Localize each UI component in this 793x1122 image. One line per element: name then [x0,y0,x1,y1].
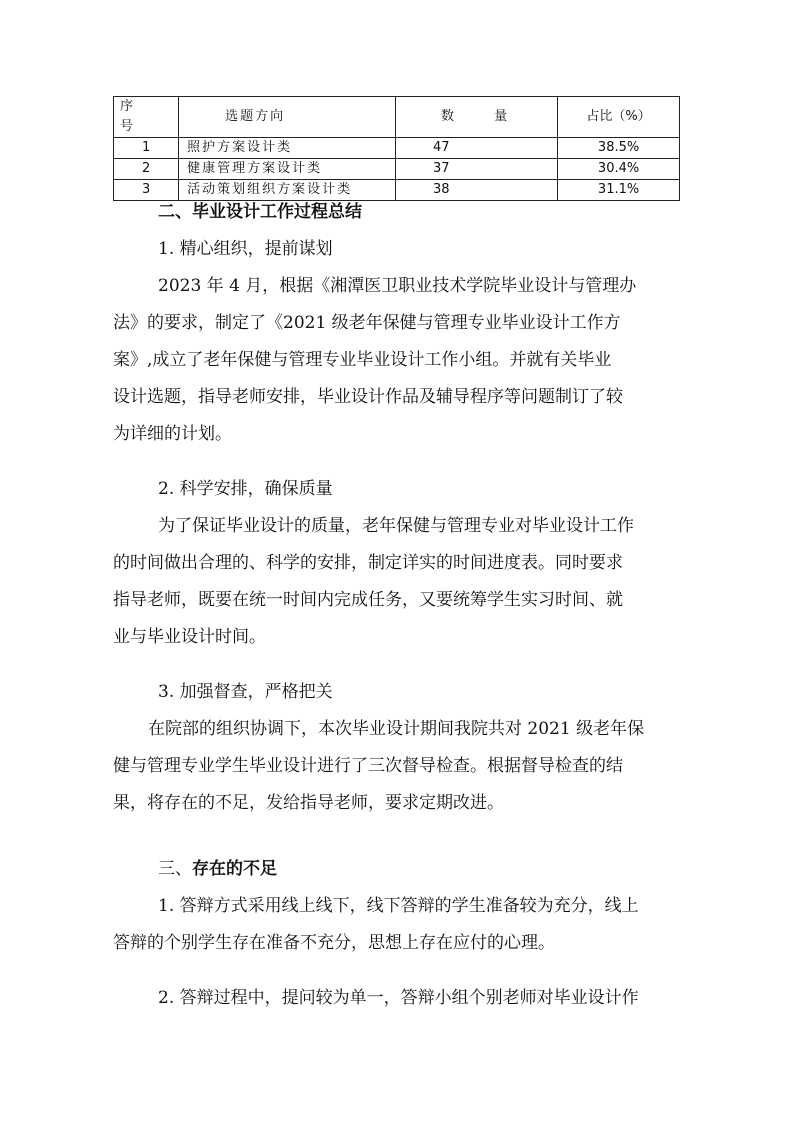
table-row: 1 照护方案设计类 47 38.5% [114,138,680,159]
paragraph-line: 果，将存在的不足，发给指导老师，要求定期改进。 [113,792,504,814]
header-percent: 占比（%） [558,97,680,138]
document-page: 序 号 选题方向 数 量 占比（%） 1 照护方案设计类 47 38.5% 2 … [0,0,793,1122]
section-heading-3-text: 存在的不足 [192,859,277,879]
paragraph-line: 为了保证毕业设计的质量，老年保健与管理专业对毕业设计工作 [158,515,634,537]
paragraph-line: 设计选题，指导老师安排，毕业设计作品及辅导程序等问题制订了较 [113,386,623,408]
paragraph-line: 法》的要求，制定了《2021 级老年保健与管理专业毕业设计工作方 [113,312,621,334]
cell-count: 47 [395,138,557,159]
cell-count: 38 [395,180,557,201]
paragraph-line: 1. 答辩方式采用线上线下，线下答辩的学生准备较为充分，线上 [158,895,639,917]
paragraph-line: 的时间做出合理的、科学的安排，制定详实的时间进度表。同时要求 [113,552,623,574]
subsection-title-3: 3. 加强督查，严格把关 [158,681,333,703]
paragraph-line: 业与毕业设计时间。 [113,626,266,648]
topic-distribution-table: 序 号 选题方向 数 量 占比（%） 1 照护方案设计类 47 38.5% 2 … [113,96,680,201]
cell-no: 3 [114,180,179,201]
table-header-row: 序 号 选题方向 数 量 占比（%） [114,97,680,138]
paragraph-line: 为详细的计划。 [113,423,232,445]
cell-no: 1 [114,138,179,159]
table-row: 3 活动策划组织方案设计类 38 31.1% [114,180,680,201]
paragraph-line: 健与管理专业学生毕业设计进行了三次督导检查。根据督导检查的结 [113,755,623,777]
section-heading-3-prefix: 三、 [158,859,192,879]
section-heading-2: 二、毕业设计工作过程总结 [158,201,362,223]
cell-topic: 活动策划组织方案设计类 [179,180,396,201]
cell-no: 2 [114,159,179,180]
cell-percent: 30.4% [558,159,680,180]
subsection-title-1: 1. 精心组织，提前谋划 [158,238,333,260]
paragraph-line: 在院部的组织协调下，本次毕业设计期间我院共对 2021 级老年保 [148,718,644,740]
cell-topic: 照护方案设计类 [179,138,396,159]
paragraph-line: 2. 答辩过程中，提问较为单一，答辩小组个别老师对毕业设计作 [158,987,639,1009]
subsection-title-2: 2. 科学安排，确保质量 [158,478,333,500]
header-topic: 选题方向 [179,97,396,138]
cell-count: 37 [395,159,557,180]
header-count: 数 量 [395,97,557,138]
paragraph-line: 指导老师，既要在统一时间内完成任务，又要统筹学生实习时间、就 [113,589,623,611]
cell-percent: 31.1% [558,180,680,201]
table-row: 2 健康管理方案设计类 37 30.4% [114,159,680,180]
cell-topic: 健康管理方案设计类 [179,159,396,180]
section-heading-3: 三、存在的不足 [158,858,277,880]
paragraph-line: 答辩的个别学生存在准备不充分，思想上存在应付的心理。 [113,932,555,954]
header-no: 序 号 [114,97,179,138]
paragraph-line: 案》,成立了老年保健与管理专业毕业设计工作小组。并就有关毕业 [113,349,611,371]
paragraph-line: 2023 年 4 月，根据《湘潭医卫职业技术学院毕业设计与管理办 [158,275,636,297]
cell-percent: 38.5% [558,138,680,159]
